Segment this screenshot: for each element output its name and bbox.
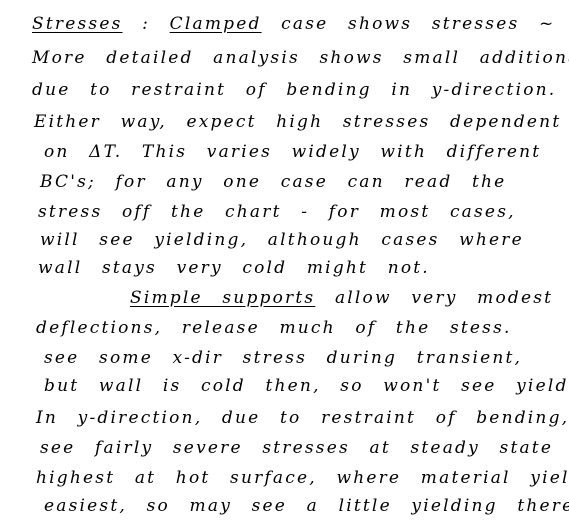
note-line-8: will see yielding, although cases where xyxy=(40,230,524,250)
note-line-2: More detailed analysis shows small addit… xyxy=(32,48,569,68)
subheading-clamped: Clamped xyxy=(170,14,262,34)
handwritten-page: Stresses : Clamped case shows stresses ~… xyxy=(0,0,569,532)
heading-stresses: Stresses xyxy=(32,14,123,34)
note-line-11: deflections, release much of the stess. xyxy=(36,318,512,338)
note-line-9: wall stays very cold might not. xyxy=(38,258,430,278)
note-line-13: but wall is cold then, so won't see yiel… xyxy=(44,376,569,396)
subheading-simple-supports: Simple supports xyxy=(130,288,315,308)
note-line-6: BC's; for any one case can read the xyxy=(40,172,506,192)
note-line-17: easiest, so may see a little yielding th… xyxy=(44,496,569,516)
note-line-7: stress off the chart - for most cases, xyxy=(38,202,516,222)
note-line-10: Simple supports allow very modest xyxy=(130,288,553,308)
note-line-5: on ΔT. This varies widely with different xyxy=(44,142,541,162)
note-line-16: highest at hot surface, where material y… xyxy=(36,468,569,488)
note-line-14: In y-direction, due to restraint of bend… xyxy=(36,408,569,428)
note-line-4: Either way, expect high stresses depende… xyxy=(34,112,561,132)
note-line-3: due to restraint of bending in y-directi… xyxy=(32,80,556,100)
note-line-15: see fairly severe stresses at steady sta… xyxy=(40,438,569,458)
note-line-12: see some x-dir stress during transient, xyxy=(44,348,522,368)
note-line-1: Stresses : Clamped case shows stresses ~… xyxy=(32,14,569,34)
